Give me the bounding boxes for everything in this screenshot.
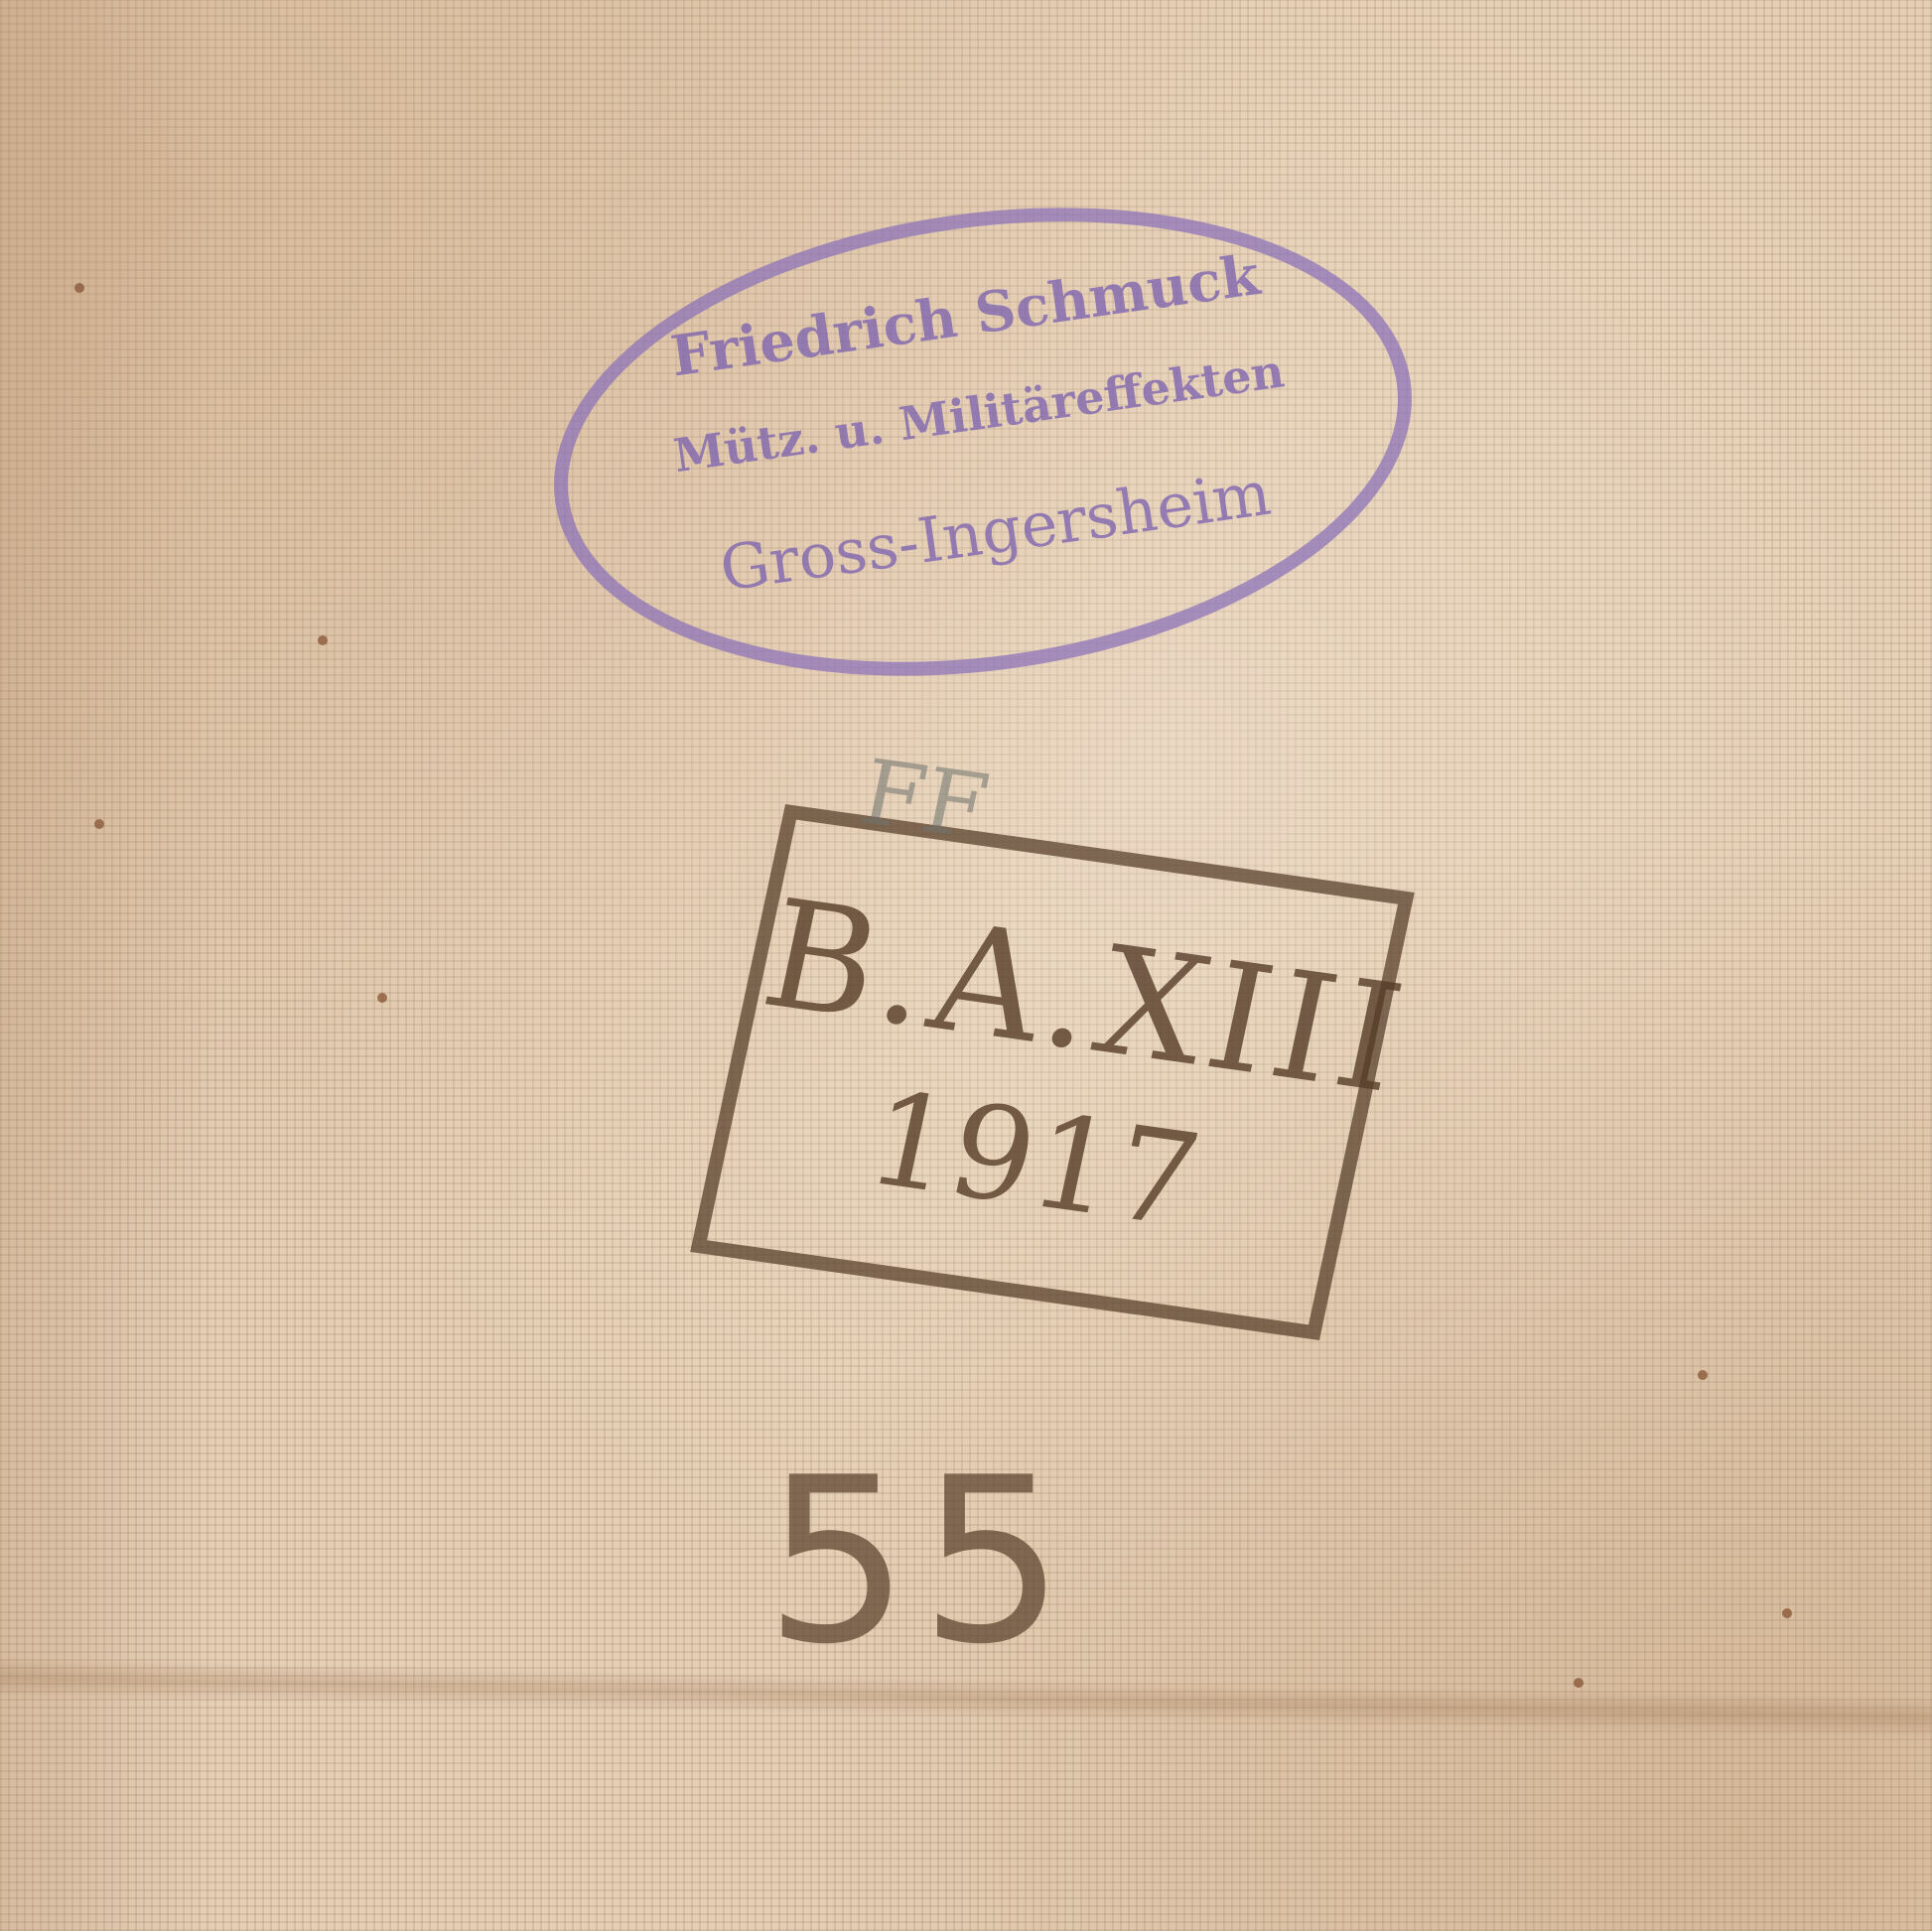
depot-box-stamp: FF B.A.XIII 1917: [690, 804, 1415, 1340]
fabric-speck: [94, 819, 104, 829]
faded-mark: FF: [852, 741, 997, 860]
fabric-speck: [1782, 1608, 1792, 1618]
fabric-speck: [377, 993, 387, 1003]
fabric-shadow: [0, 0, 218, 1931]
fabric-speck: [318, 635, 328, 645]
fabric-speck: [74, 283, 84, 293]
fabric-speck: [1698, 1370, 1708, 1380]
fabric-speck: [1574, 1678, 1584, 1688]
size-number: 55: [764, 1430, 1075, 1695]
